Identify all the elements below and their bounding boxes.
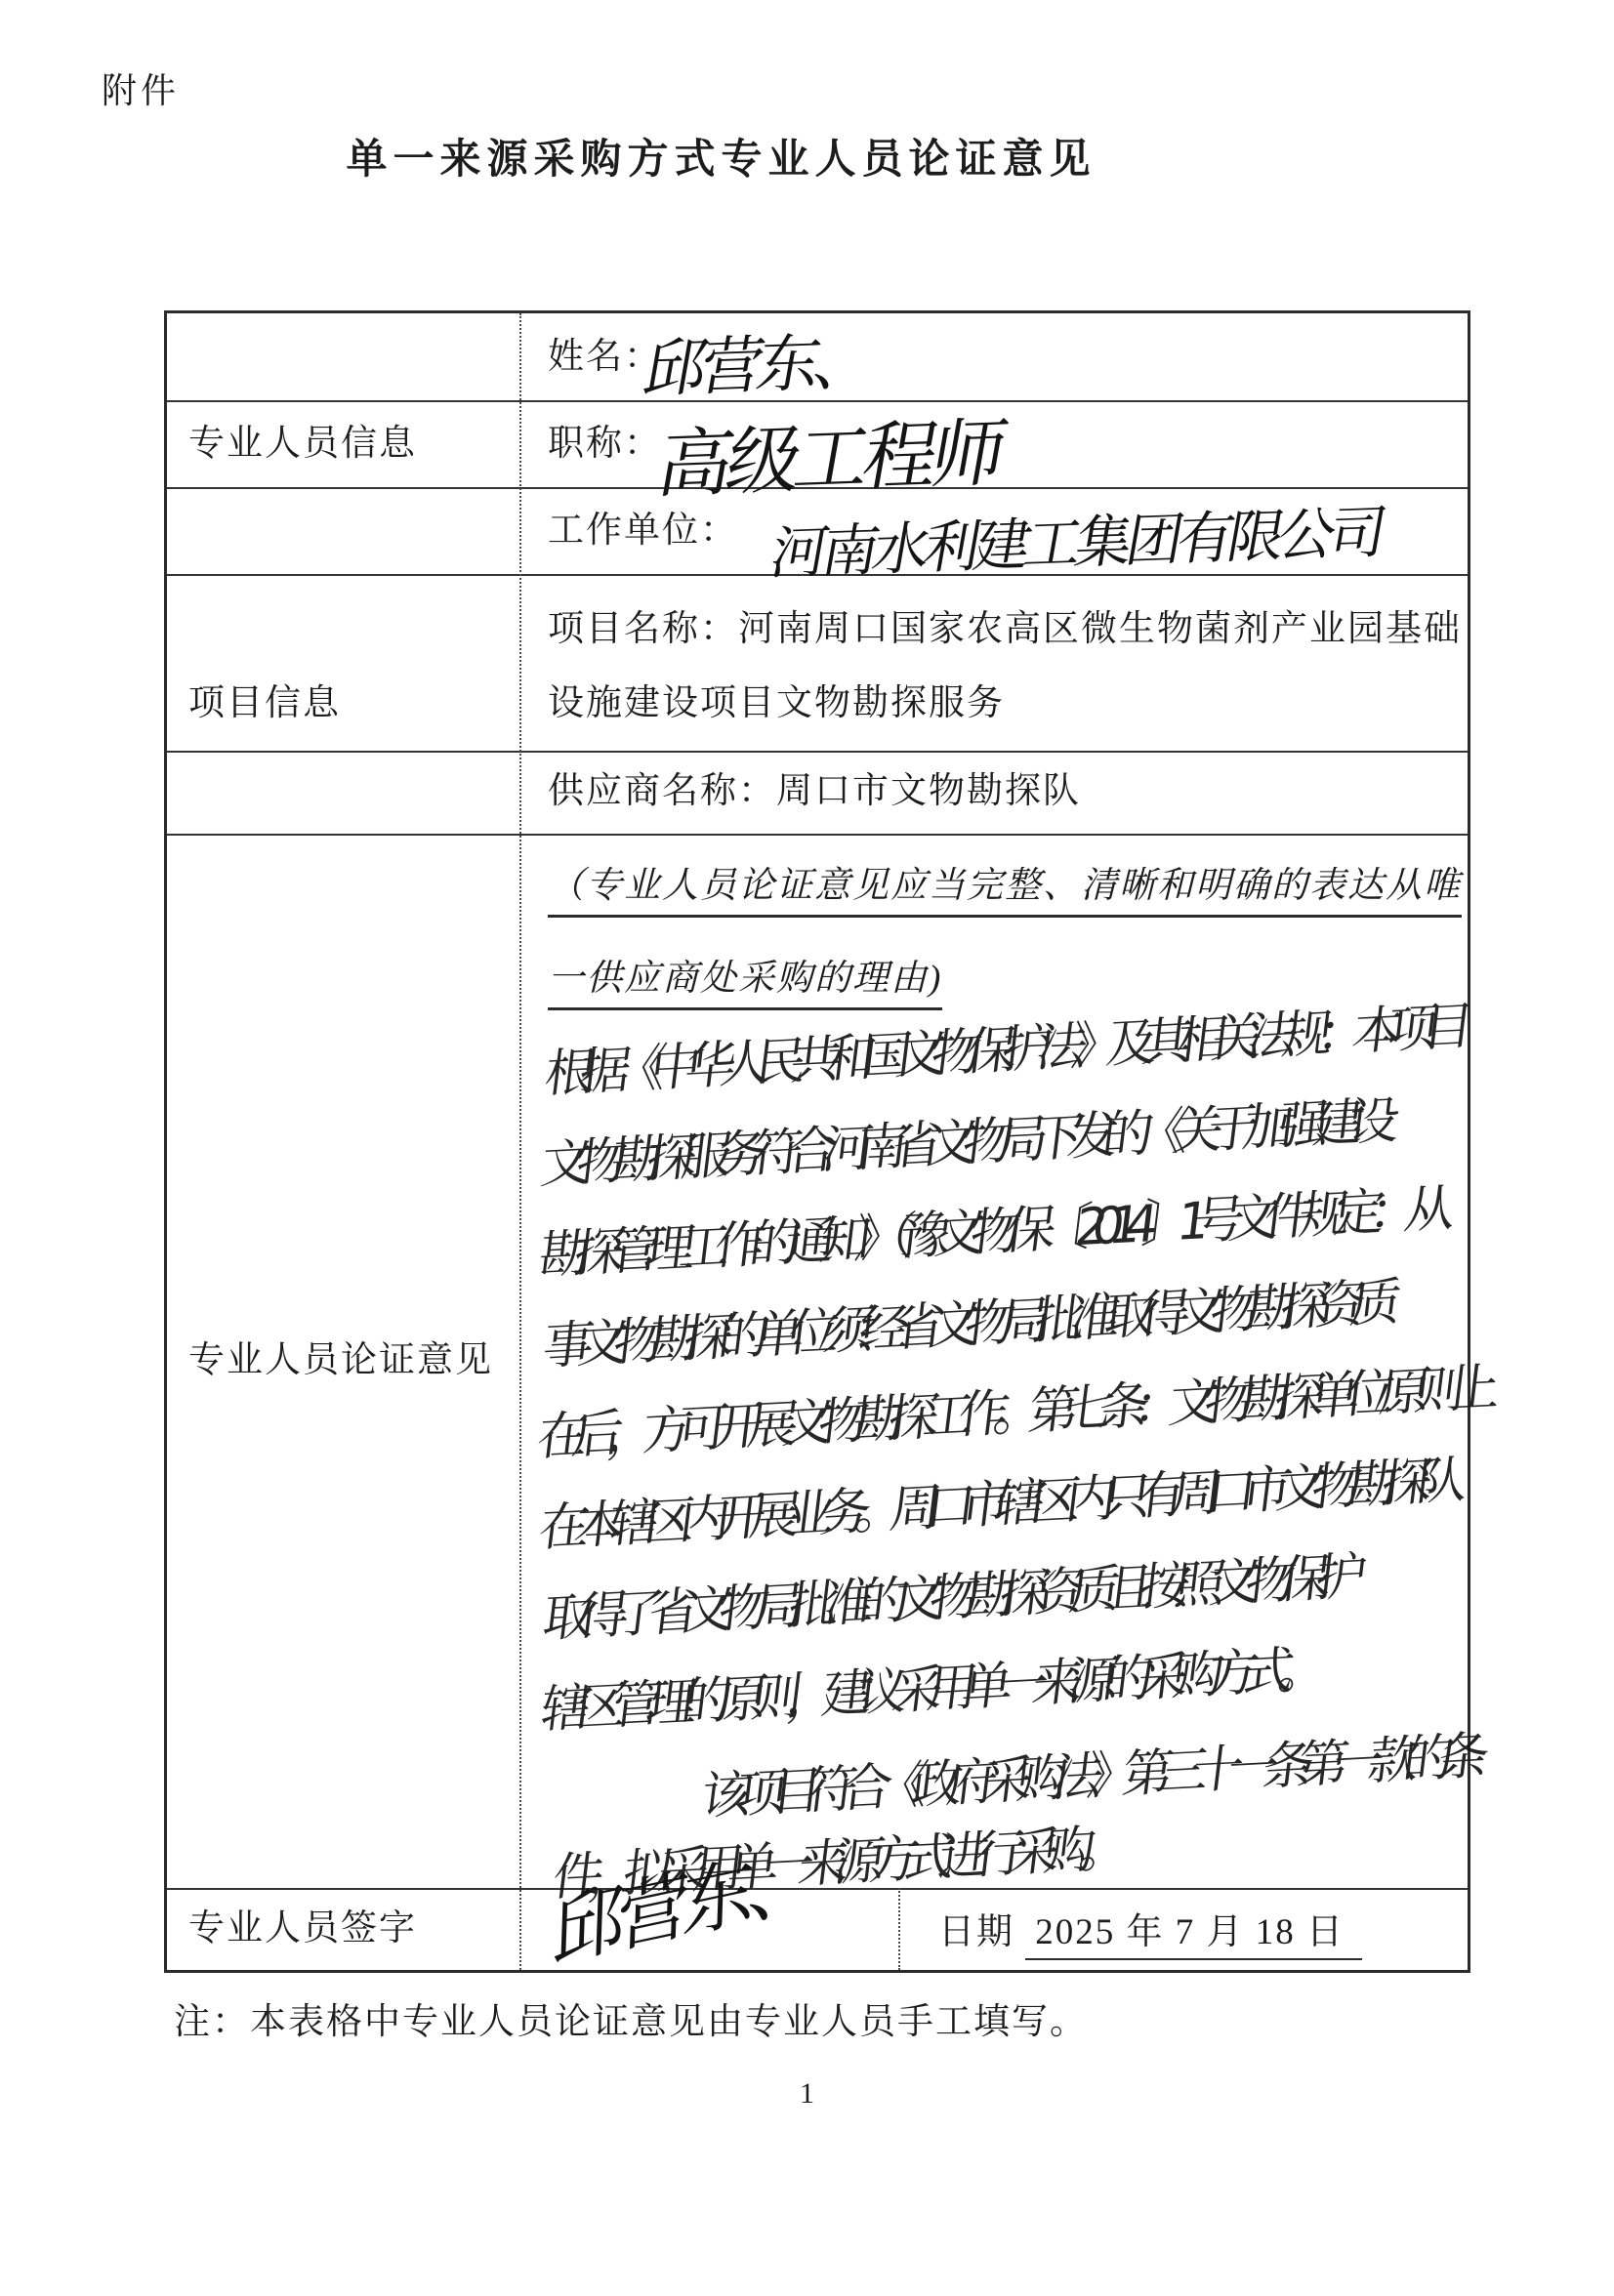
footnote: 注：本表格中专业人员论证意见由专业人员手工填写。 — [174, 1991, 1088, 2044]
form-table: 专业人员信息 项目信息 专业人员论证意见 专业人员签字 姓名： 邱营东、 职称：… — [164, 310, 1470, 1973]
signature-date-divider — [898, 1888, 900, 1970]
column-divider — [519, 313, 521, 1970]
section-label-personnel: 专业人员信息 — [188, 423, 417, 466]
project-name-line1: 项目名称：河南周口国家农高区微生物菌剂产业园基础 — [548, 608, 1462, 651]
section-label-signature: 专业人员签字 — [188, 1907, 417, 1950]
date-cell: 日期 2025 年 7 月 18 日 — [938, 1902, 1362, 1960]
section-label-opinion: 专业人员论证意见 — [188, 1339, 493, 1382]
page-title: 单一来源采购方式专业人员论证意见 — [0, 127, 1528, 185]
date-label: 日期 — [938, 1912, 1014, 1952]
opinion-instruction-line1: （专业人员论证意见应当完整、清晰和明确的表达从唯 — [548, 855, 1462, 918]
opinion-instruction-line1-text: （专业人员论证意见应当完整、清晰和明确的表达从唯 — [548, 855, 1462, 918]
date-value: 2025 年 7 月 18 日 — [1025, 1902, 1362, 1960]
job-title-label: 职称： — [548, 423, 662, 466]
section-label-project: 项目信息 — [188, 682, 341, 725]
row-border-5 — [167, 834, 1468, 836]
attachment-label: 附件 — [102, 70, 180, 112]
opinion-instruction-line2-text: 一供应商处采购的理由) — [548, 948, 942, 1010]
job-title-handwritten-value: 高级工程师 — [650, 393, 1011, 512]
scanned-document-page: 附件 单一来源采购方式专业人员论证意见 专业人员信息 项目信息 专业人员论证意见… — [0, 0, 1614, 2296]
row-border-4 — [167, 751, 1468, 753]
opinion-instruction-line2: 一供应商处采购的理由) — [548, 948, 942, 1010]
name-handwritten-value: 邱营东、 — [638, 311, 880, 410]
supplier-line: 供应商名称：周口市文物勘探队 — [548, 770, 1081, 813]
work-unit-label: 工作单位： — [548, 510, 738, 553]
page-number: 1 — [0, 2077, 1614, 2111]
project-name-line2: 设施建设项目文物勘探服务 — [548, 682, 1005, 725]
